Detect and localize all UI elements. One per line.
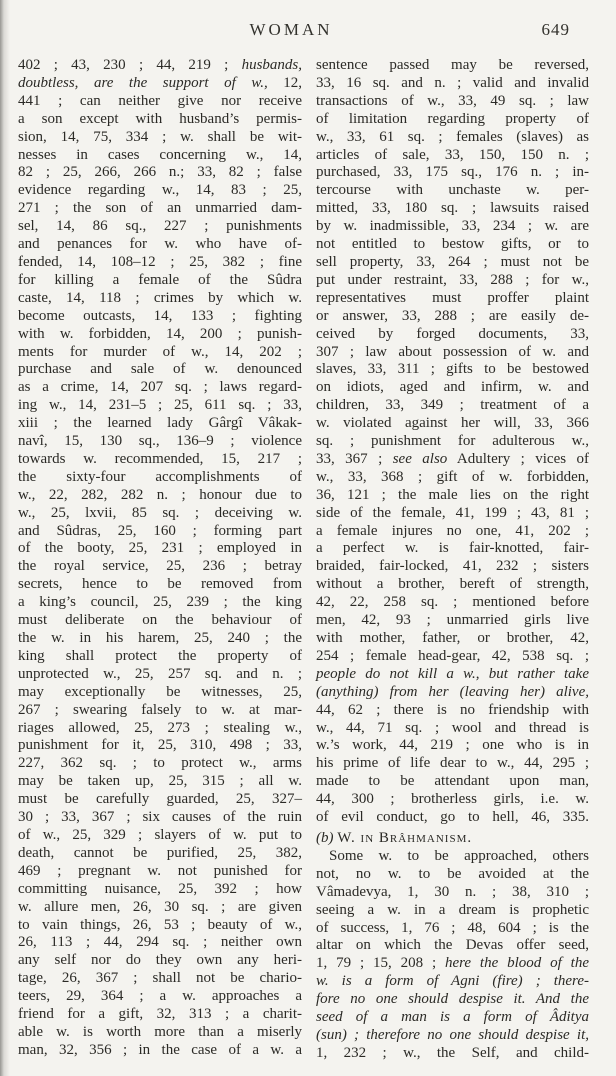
- text-line: w. allure men, 26, 30 sq. ; are given: [18, 899, 302, 917]
- text-line: articles of sale, 33, 150, 150 n. ;: [316, 147, 589, 165]
- text-line: 1, 79 ; 15, 208 ; here the blood of the: [316, 955, 589, 973]
- text-line: seed of a man is a form of Âditya: [316, 1009, 589, 1027]
- text-line: purchased, 33, 175 sq., 176 n. ; in-: [316, 164, 589, 182]
- text-line: fended, 14, 108–12 ; 25, 382 ; fine: [18, 254, 302, 272]
- text-line: (anything) from her (leaving her) alive,: [316, 684, 589, 702]
- text-line: and penances for w. who have of-: [18, 236, 302, 254]
- text-line: able w. is worth more than a miserly: [18, 1024, 302, 1042]
- text-line: children, 33, 349 ; treatment of a: [316, 397, 589, 415]
- text-line: committing nuisance, 25, 392 ; how: [18, 881, 302, 899]
- scanned-book-page: { "page": { "header": { "title": "WOMAN"…: [0, 0, 616, 1076]
- text-line: sentence passed may be reversed,: [316, 57, 589, 75]
- text-line: tercourse with unchaste w. per-: [316, 182, 589, 200]
- text-line: sell property, 33, 264 ; must not be: [316, 254, 589, 272]
- text-line: transactions of w., 33, 49 sq. ; law: [316, 93, 589, 111]
- text-line: on idiots, aged and infirm, w. and: [316, 379, 589, 397]
- text-line: to vain things, 26, 53 ; beauty of w.,: [18, 917, 302, 935]
- text-line: sion, 14, 75, 334 ; w. shall be wit-: [18, 129, 302, 147]
- text-line: 402 ; 43, 230 ; 44, 219 ; husbands,: [18, 57, 302, 75]
- text-line: w., 33, 368 ; gift of w. forbidden,: [316, 469, 589, 487]
- text-line: caste, 14, 118 ; crimes by which w.: [18, 290, 302, 308]
- page-header: WOMAN 649: [0, 20, 616, 42]
- page-number: 649: [542, 20, 571, 40]
- text-line: of limitation regarding property of: [316, 111, 589, 129]
- text-line: without a brother, bereft of strength,: [316, 576, 589, 594]
- text-line: friend for a gift, 32, 313 ; a charit-: [18, 1006, 302, 1024]
- text-line: by w. inadmissible, 33, 234 ; w. are: [316, 218, 589, 236]
- text-line: sq. ; punishment for adulterous w.,: [316, 433, 589, 451]
- text-line: put under restraint, 33, 288 ; for w.,: [316, 272, 589, 290]
- text-line: must deliberate on the behaviour of: [18, 612, 302, 630]
- text-line: as a crime, 14, 207 sq. ; laws regard-: [18, 379, 302, 397]
- text-line: 42, 22, 258 sq. ; mentioned before: [316, 594, 589, 612]
- text-line: doubtless, are the support of w., 12,: [18, 75, 302, 93]
- text-line: ing w., 14, 231–5 ; 25, 611 sq. ; 33,: [18, 397, 302, 415]
- text-line: fore no one should despise it. And the: [316, 991, 589, 1009]
- text-line: w., 22, 282, 282 n. ; honour due to: [18, 487, 302, 505]
- text-line: mitted, 33, 180 sq. ; lawsuits raised: [316, 200, 589, 218]
- text-line: not, no w. to be avoided at the: [316, 866, 589, 884]
- text-line: ments for murder of w., 14, 202 ;: [18, 344, 302, 362]
- text-line: of success, 1, 76 ; 48, 604 ; is the: [316, 920, 589, 938]
- text-line: and Sûdras, 25, 160 ; forming part: [18, 523, 302, 541]
- text-line: side of the female, 41, 199 ; 43, 81 ;: [316, 505, 589, 523]
- text-line: 271 ; the son of an unmarried dam-: [18, 200, 302, 218]
- text-line: a female injures no one, 41, 202 ;: [316, 523, 589, 541]
- text-line: the royal service, 25, 236 ; betray: [18, 558, 302, 576]
- text-line: Some w. to be approached, others: [316, 848, 589, 866]
- text-line: secrets, hence to be removed from: [18, 576, 302, 594]
- text-line: braided, fair-locked, 41, 232 ; sisters: [316, 558, 589, 576]
- text-line: slaves, 33, 311 ; gifts to be bestowed: [316, 361, 589, 379]
- text-line: may be taken up, 25, 315 ; all w.: [18, 773, 302, 791]
- text-line: 44, 62 ; there is no friendship with: [316, 702, 589, 720]
- text-line: become outcasts, 14, 133 ; fighting: [18, 308, 302, 326]
- text-line: navî, 15, 130 sq., 136–9 ; violence: [18, 433, 302, 451]
- text-line: ceived by forged documents, 33,: [316, 326, 589, 344]
- text-line: a king’s council, 25, 239 ; the king: [18, 594, 302, 612]
- text-line: of evil conduct, go to hell, 46, 335.: [316, 809, 589, 827]
- text-column-left: 402 ; 43, 230 ; 44, 219 ; husbands,doubt…: [18, 57, 302, 1063]
- text-line: people do not kill a w., but rather take: [316, 666, 589, 684]
- text-line: evidence regarding w., 14, 83 ; 25,: [18, 182, 302, 200]
- text-line: w. violated against her will, 33, 366: [316, 415, 589, 433]
- text-line: or answer, 33, 288 ; are easily de-: [316, 308, 589, 326]
- text-line: must be carefully guarded, 25, 327–: [18, 791, 302, 809]
- text-line: 33, 367 ; see also Adultery ; vices of: [316, 451, 589, 469]
- text-line: may exceptionally be witnesses, 25,: [18, 684, 302, 702]
- text-line: of the booty, 25, 231 ; employed in: [18, 540, 302, 558]
- text-line: Vâmadevya, 1, 30 n. ; 38, 310 ;: [316, 884, 589, 902]
- text-line: seeing a w. in a dream is prophetic: [316, 902, 589, 920]
- text-line: a perfect w. is fair-knotted, fair-: [316, 540, 589, 558]
- text-line: with w. forbidden, 14, 200 ; punish-: [18, 326, 302, 344]
- text-line: w.’s work, 44, 219 ; one who is in: [316, 737, 589, 755]
- text-line: 227, 362 sq. ; to protect w., arms: [18, 755, 302, 773]
- text-line: altar on which the Devas offer seed,: [316, 937, 589, 955]
- text-line: 441 ; can neither give nor receive: [18, 93, 302, 111]
- text-line: 254 ; female head-gear, 42, 538 sq. ;: [316, 648, 589, 666]
- text-line: purchase and sale of w. denounced: [18, 361, 302, 379]
- text-line: 307 ; law about possession of w. and: [316, 344, 589, 362]
- text-line: 30 ; 33, 367 ; six causes of the ruin: [18, 809, 302, 827]
- text-line: tage, 26, 367 ; shall not be chario-: [18, 970, 302, 988]
- text-line: the w. in his harem, 25, 240 ; the: [18, 630, 302, 648]
- text-line: a son except with husband’s permis-: [18, 111, 302, 129]
- text-line: unprotected w., 25, 257 sq. and n. ;: [18, 666, 302, 684]
- text-line: w. is a form of Agni (fire) ; there-: [316, 973, 589, 991]
- text-line: representatives must proffer plaint: [316, 290, 589, 308]
- text-line: any self nor do they own any heri-: [18, 952, 302, 970]
- text-line: king shall protect the property of: [18, 648, 302, 666]
- text-columns: 402 ; 43, 230 ; 44, 219 ; husbands,doubt…: [18, 57, 589, 1063]
- text-line: nesses in cases concerning w., 14,: [18, 147, 302, 165]
- text-line: his prime of life dear to w., 44, 295 ;: [316, 755, 589, 773]
- text-line: with mother, father, or brother, 42,: [316, 630, 589, 648]
- text-line: 33, 16 sq. and n. ; valid and invalid: [316, 75, 589, 93]
- text-line: 469 ; pregnant w. not punished for: [18, 863, 302, 881]
- text-line: 82 ; 25, 266, 266 n.; 33, 82 ; false: [18, 164, 302, 182]
- text-line: sel, 14, 86 sq., 227 ; punishments: [18, 218, 302, 236]
- text-line: w., 33, 61 sq. ; females (slaves) as: [316, 129, 589, 147]
- text-line: 267 ; swearing falsely to w. at mar-: [18, 702, 302, 720]
- text-line: men, 42, 93 ; unmarried girls live: [316, 612, 589, 630]
- section-heading: (b) W. in Brâhmanism.: [316, 830, 589, 848]
- text-line: made to be attendant upon man,: [316, 773, 589, 791]
- text-line: not entitled to bestow gifts, or to: [316, 236, 589, 254]
- page-title: WOMAN: [0, 20, 582, 40]
- text-line: the sixty-four accomplishments of: [18, 469, 302, 487]
- text-line: 26, 113 ; 44, 294 sq. ; neither own: [18, 934, 302, 952]
- text-line: xiii ; the learned lady Gârgî Vâkak-: [18, 415, 302, 433]
- text-line: w., 44, 71 sq. ; wool and thread is: [316, 720, 589, 738]
- text-line: teers, 29, 364 ; a w. approaches a: [18, 988, 302, 1006]
- text-line: towards w. recommended, 15, 217 ;: [18, 451, 302, 469]
- text-line: man, 32, 356 ; in the case of a w. a: [18, 1042, 302, 1060]
- scan-edge-shadow: [0, 0, 10, 1076]
- text-line: riages allowed, 25, 273 ; stealing w.,: [18, 720, 302, 738]
- text-line: 44, 300 ; brotherless girls, i.e. w.: [316, 791, 589, 809]
- text-line: (sun) ; therefore no one should despise …: [316, 1027, 589, 1045]
- text-line: death, cannot be purified, 25, 382,: [18, 845, 302, 863]
- text-column-right: sentence passed may be reversed,33, 16 s…: [316, 57, 589, 1063]
- text-line: 1, 232 ; w., the Self, and child-: [316, 1045, 589, 1063]
- text-line: punishment for it, 25, 310, 498 ; 33,: [18, 737, 302, 755]
- text-line: w., 25, lxvii, 85 sq. ; deceiving w.: [18, 505, 302, 523]
- text-line: for killing a female of the Sûdra: [18, 272, 302, 290]
- text-line: 36, 121 ; the male lies on the right: [316, 487, 589, 505]
- text-line: of w., 25, 329 ; slayers of w. put to: [18, 827, 302, 845]
